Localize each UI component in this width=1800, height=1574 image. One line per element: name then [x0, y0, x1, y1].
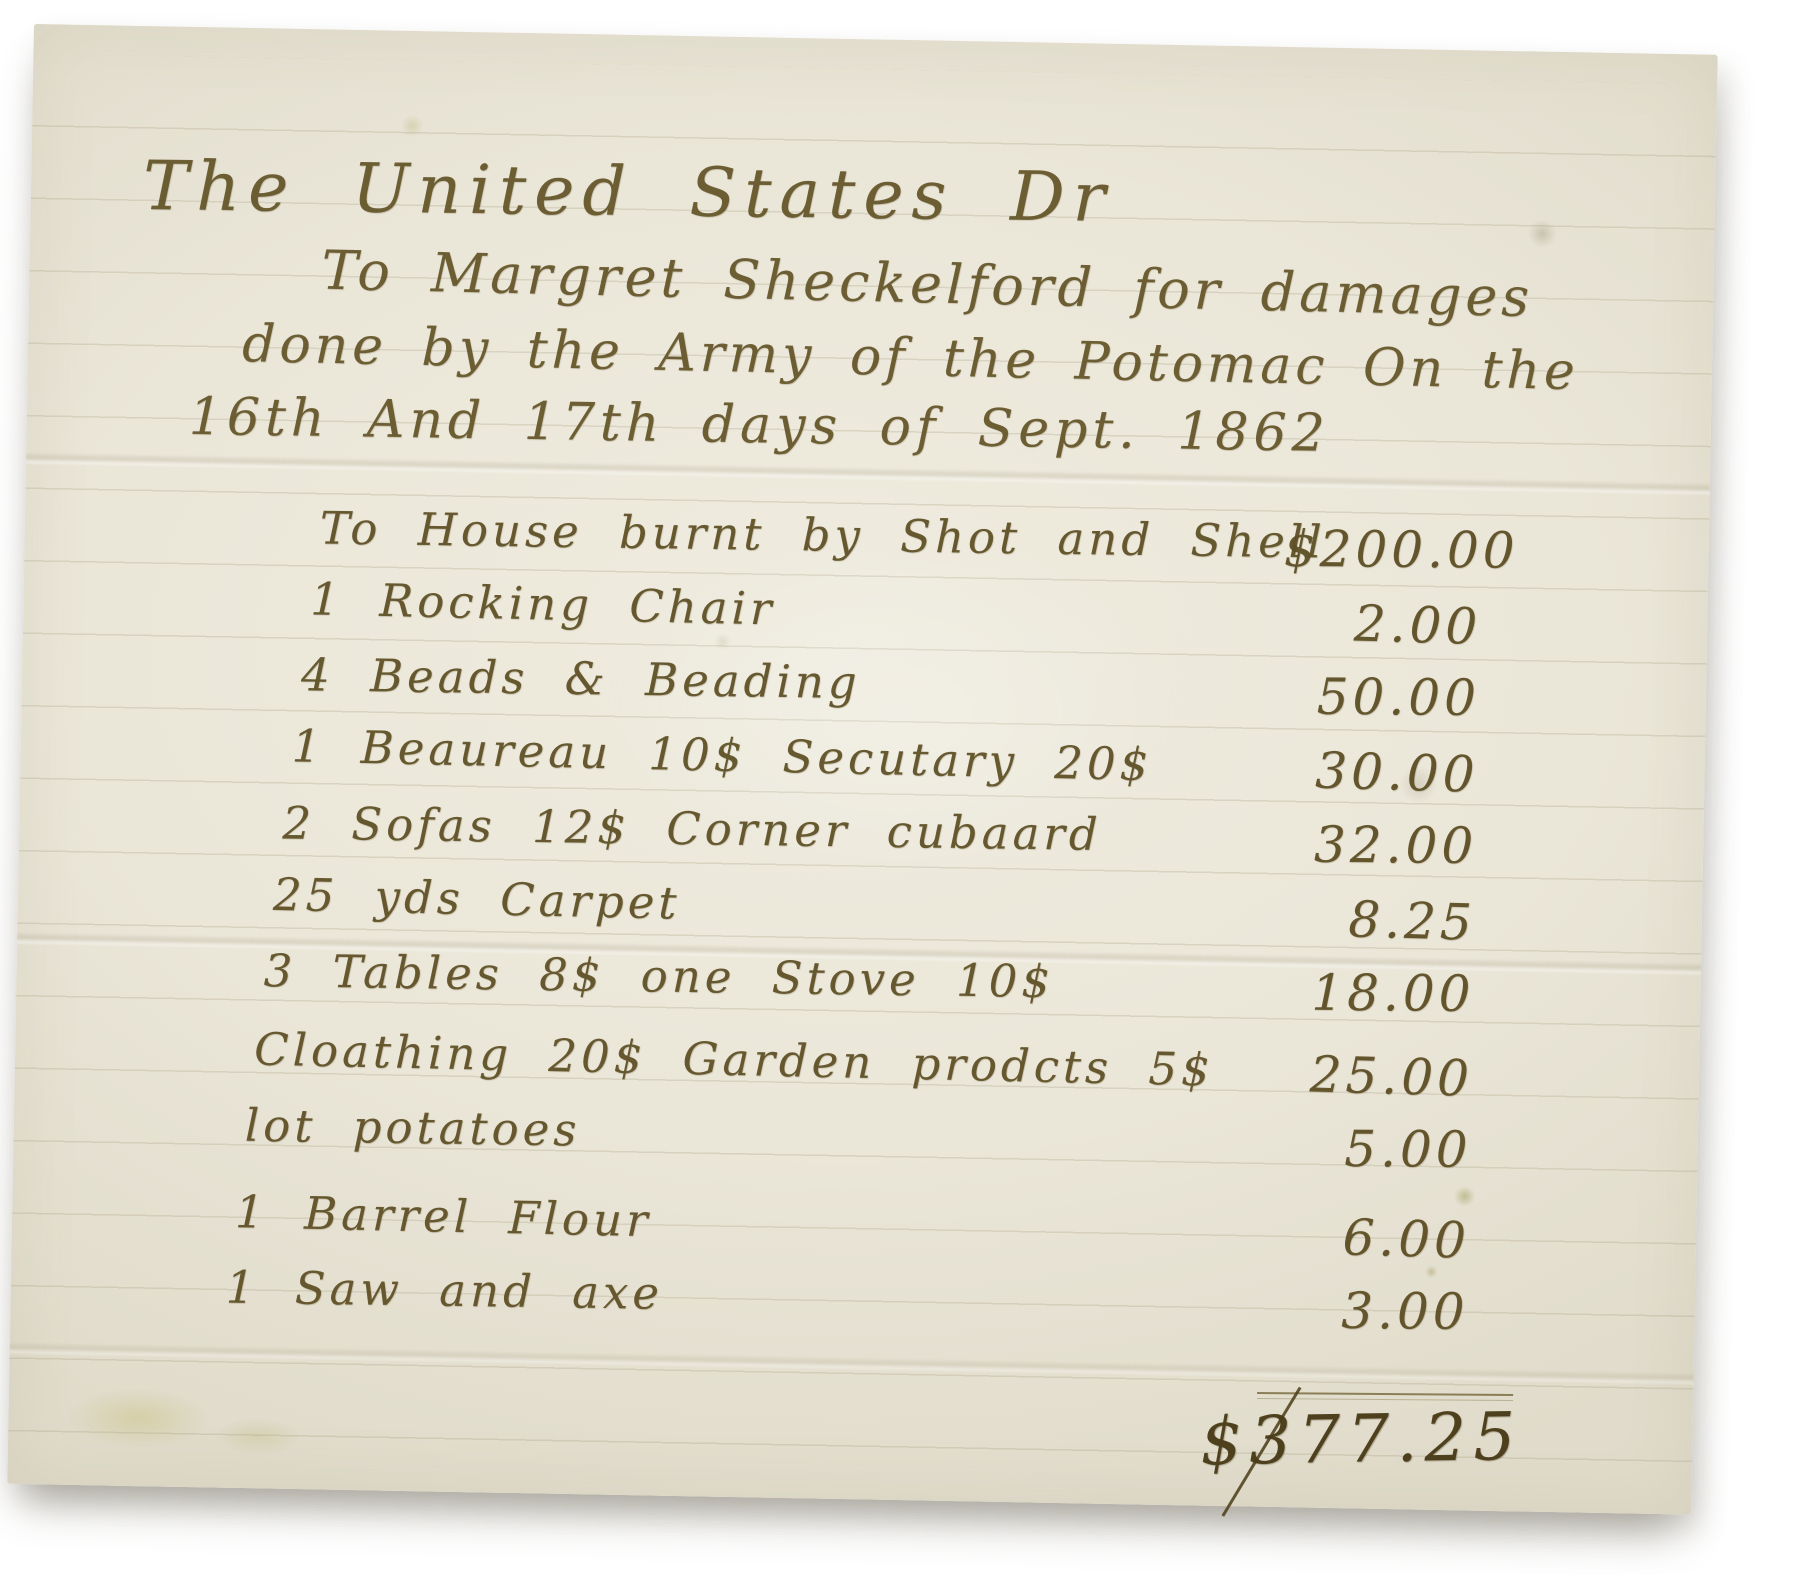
- item-amount: 6.00: [1169, 1204, 1470, 1270]
- item-description: 4 Beads & Beading: [301, 648, 861, 709]
- item-amount: 2.00: [1181, 590, 1482, 656]
- item-amount: 30.00: [1178, 738, 1479, 804]
- item-description: To House burnt by Shot and Shell: [319, 502, 1326, 569]
- document-paper: The United States Dr To Margret Sheckelf…: [7, 24, 1717, 1515]
- item-description: lot potatoes: [244, 1099, 580, 1157]
- item-amount: 32.00: [1177, 815, 1477, 875]
- header-line-date: 16th And 17th days of Sept. 1862: [188, 387, 1330, 464]
- item-amount: 18.00: [1174, 963, 1474, 1023]
- header-line-claimant: To Margret Sheckelford for damages: [321, 239, 1534, 329]
- header-line-cause: done by the Army of the Potomac On the: [242, 314, 1580, 402]
- header-line-debtor: The United States Dr: [143, 147, 1114, 238]
- item-description: 1 Rocking Chair: [310, 572, 776, 635]
- item-amount: $200.00: [1218, 519, 1518, 579]
- total-amount: $377.25: [1200, 1398, 1523, 1480]
- item-description: 3 Tables 8$ one Stove 10$: [263, 944, 1054, 1008]
- fold-crease: [26, 452, 1710, 496]
- item-description: 1 Barrel Flour: [235, 1185, 652, 1247]
- item-description: 2 Sofas 12$ Corner cubaard: [282, 796, 1102, 860]
- item-amount: 25.00: [1172, 1042, 1473, 1108]
- ledger: To House burnt by Shot and Shell $200.00…: [210, 498, 1495, 1357]
- item-description: 25 yds Carpet: [273, 868, 682, 930]
- item-description: 1 Saw and axe: [226, 1261, 664, 1320]
- item-amount: 5.00: [1171, 1119, 1471, 1179]
- total-amount-text: $377.25: [1200, 1398, 1523, 1480]
- item-amount: 8.25: [1175, 886, 1476, 952]
- item-description: Cloathing 20$ Garden prodcts 5$: [254, 1023, 1215, 1097]
- item-amount: 3.00: [1168, 1281, 1468, 1341]
- item-amount: 50.00: [1180, 667, 1480, 727]
